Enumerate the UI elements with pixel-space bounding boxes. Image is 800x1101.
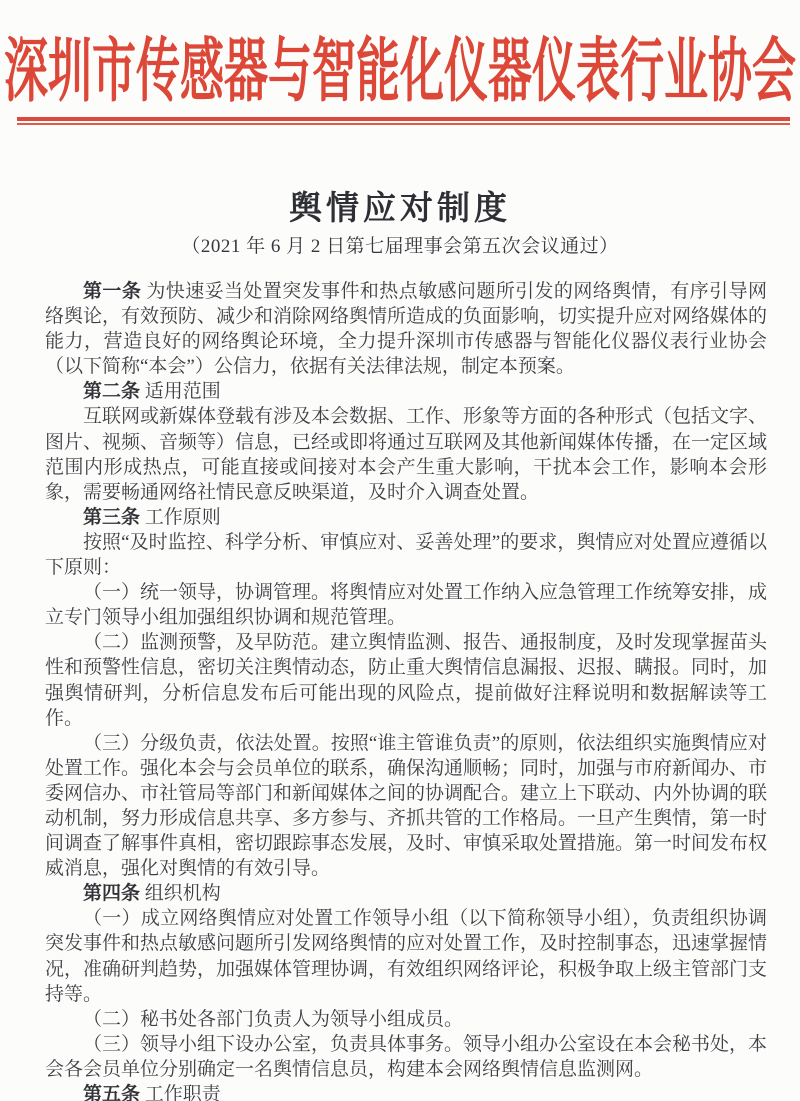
- doc-paragraph: （一）统一领导，协调管理。将舆情应对处置工作纳入应急管理工作统筹安排，成立专门领…: [45, 580, 767, 630]
- article-label: 第四条: [83, 883, 140, 904]
- letterhead: 深圳市传感器与智能化仪器仪表行业协会: [0, 14, 800, 78]
- page-title: 舆情应对制度: [0, 182, 800, 229]
- paragraph-text: 为快速妥当处置突发事件和热点敏感问题所引发的网络舆情，有序引导网络舆论，有效预防…: [45, 281, 767, 377]
- article-label: 第二条: [83, 381, 140, 402]
- paragraph-text: （三）领导小组下设办公室，负责具体事务。领导小组办公室设在本会秘书处，本会各会员…: [45, 1034, 767, 1080]
- page-subtitle: （2021 年 6 月 2 日第七届理事会第五次会议通过）: [0, 231, 800, 258]
- paragraph-text: 组织机构: [140, 883, 221, 904]
- doc-paragraph: （三）分级负责，依法处置。按照“谁主管谁负责”的原则，依法组织实施舆情应对处置工…: [45, 731, 767, 882]
- article-label: 第三条: [83, 507, 140, 528]
- doc-paragraph: 互联网或新媒体登载有涉及本会数据、工作、形象等方面的各种形式（包括文字、图片、视…: [45, 404, 767, 504]
- doc-paragraph: 第一条 为快速妥当处置突发事件和热点敏感问题所引发的网络舆情，有序引导网络舆论，…: [45, 279, 767, 379]
- doc-paragraph: 第五条 工作职责: [45, 1082, 767, 1101]
- document-body: 第一条 为快速妥当处置突发事件和热点敏感问题所引发的网络舆情，有序引导网络舆论，…: [45, 279, 767, 1101]
- paragraph-text: 适用范围: [140, 381, 221, 402]
- doc-paragraph: （一）成立网络舆情应对处置工作领导小组（以下简称领导小组），负责组织协调突发事件…: [45, 906, 767, 1006]
- doc-paragraph: 第三条 工作原则: [45, 505, 767, 530]
- letterhead-divider: [17, 117, 790, 125]
- article-label: 第五条: [83, 1084, 140, 1101]
- doc-paragraph: 按照“及时监控、科学分析、审慎应对、妥善处理”的要求，舆情应对处置应遵循以下原则…: [45, 530, 767, 580]
- paragraph-text: 互联网或新媒体登载有涉及本会数据、工作、形象等方面的各种形式（包括文字、图片、视…: [45, 406, 767, 502]
- paragraph-text: 工作原则: [140, 507, 221, 528]
- doc-paragraph: 第四条 组织机构: [45, 881, 767, 906]
- paragraph-text: （二）监测预警，及早防范。建立舆情监测、报告、通报制度，及时发现掌握苗头性和预警…: [45, 632, 767, 728]
- document-page: 深圳市传感器与智能化仪器仪表行业协会 舆情应对制度 （2021 年 6 月 2 …: [0, 0, 800, 1101]
- paragraph-text: （一）成立网络舆情应对处置工作领导小组（以下简称领导小组），负责组织协调突发事件…: [45, 908, 767, 1004]
- doc-paragraph: 第二条 适用范围: [45, 379, 767, 404]
- paragraph-text: （二）秘书处各部门负责人为领导小组成员。: [83, 1009, 463, 1030]
- paragraph-text: 按照“及时监控、科学分析、审慎应对、妥善处理”的要求，舆情应对处置应遵循以下原则…: [45, 532, 767, 578]
- doc-paragraph: （三）领导小组下设办公室，负责具体事务。领导小组办公室设在本会秘书处，本会各会员…: [45, 1032, 767, 1082]
- paragraph-text: 工作职责: [140, 1084, 221, 1101]
- doc-paragraph: （二）监测预警，及早防范。建立舆情监测、报告、通报制度，及时发现掌握苗头性和预警…: [45, 630, 767, 730]
- doc-paragraph: （二）秘书处各部门负责人为领导小组成员。: [45, 1007, 767, 1032]
- paragraph-text: （一）统一领导，协调管理。将舆情应对处置工作纳入应急管理工作统筹安排，成立专门领…: [45, 582, 767, 628]
- paragraph-text: （三）分级负责，依法处置。按照“谁主管谁负责”的原则，依法组织实施舆情应对处置工…: [45, 733, 767, 879]
- organization-name: 深圳市传感器与智能化仪器仪表行业协会: [4, 14, 796, 115]
- article-label: 第一条: [83, 281, 141, 302]
